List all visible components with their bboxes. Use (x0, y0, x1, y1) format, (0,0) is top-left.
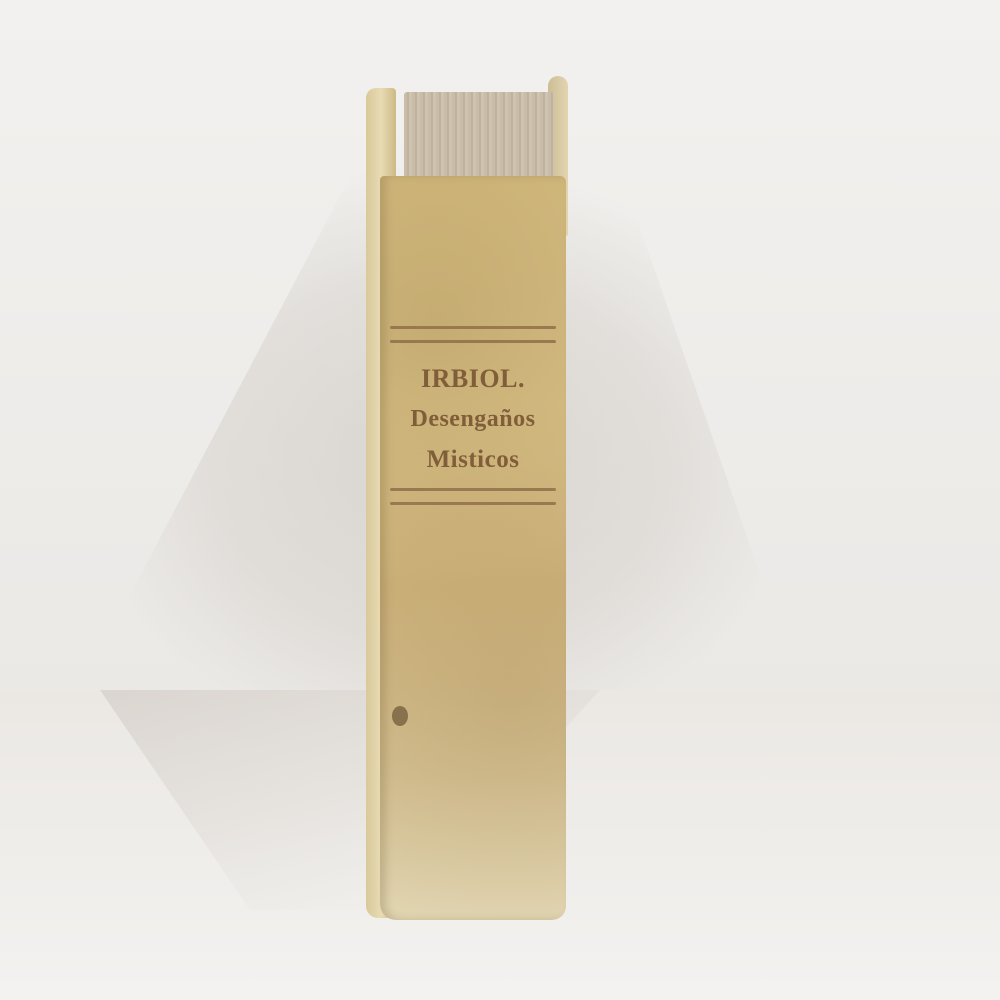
spine-band (390, 340, 556, 343)
spine-band (390, 502, 556, 505)
spine-title-line-1: Desengaños (380, 406, 566, 433)
spine-band (390, 488, 556, 491)
book-page-edges (404, 92, 554, 184)
spine-title-line-2: Misticos (380, 446, 566, 474)
spine-band (390, 326, 556, 329)
book-spine: IRBIOL. Desengaños Misticos (380, 176, 566, 920)
spine-stain (392, 706, 408, 726)
spine-author: IRBIOL. (380, 364, 566, 394)
